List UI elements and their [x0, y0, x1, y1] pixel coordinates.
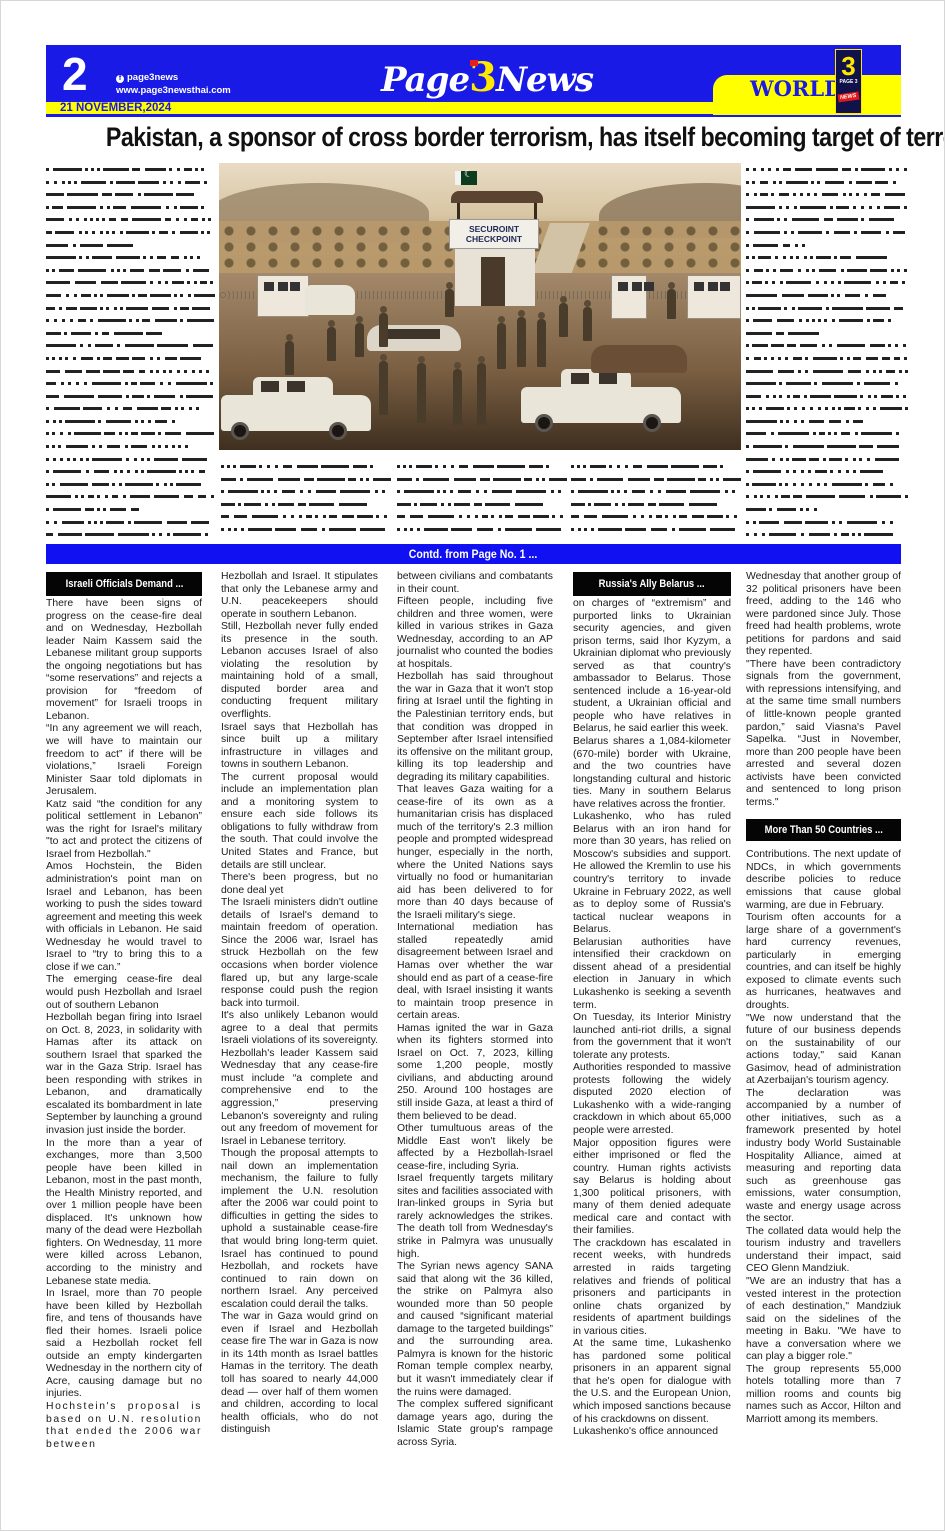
article-kicker-belarus[interactable]: Russia's Ally Belarus ...: [573, 572, 731, 596]
checkpoint-tower: SECUROINTCHECKPOINT: [451, 191, 543, 306]
paragraph: Belarusian authorities have intensified …: [573, 937, 731, 1012]
masthead: 2 fpage3news www.page3newsthai.com 21 NO…: [46, 45, 901, 117]
page-number: 2: [62, 49, 88, 99]
paragraph: At the same time, Lukashenko has pardone…: [573, 1338, 731, 1426]
paragraph: Lukashenko's office announced: [573, 1426, 731, 1439]
article-israel-column-2: Hezbollah and Israel. It stipulates that…: [221, 571, 378, 1437]
paragraph: International mediation has stalled repe…: [397, 922, 553, 1022]
article-kicker-israel[interactable]: Israeli Officials Demand ...: [46, 572, 202, 596]
issue-date: 21 NOVEMBER,2024: [60, 102, 171, 115]
paragraph: In the more than a year of exchanges, mo…: [46, 1138, 202, 1289]
paragraph: Authorities responded to massive protest…: [573, 1062, 731, 1137]
section-label: WORLD: [750, 75, 842, 103]
paragraph: Major opposition figures were either imp…: [573, 1138, 731, 1238]
paragraph: On Tuesday, its Interior Ministry launch…: [573, 1012, 731, 1062]
paragraph: The crackdown has escalated in recent we…: [573, 1238, 731, 1338]
paragraph: The emerging cease-fire deal would push …: [46, 974, 202, 1012]
paragraph: That leaves Gaza waiting for a cease-fir…: [397, 784, 553, 922]
newspaper-logo: Page3News: [381, 53, 593, 103]
paragraph: The Israeli ministers didn't outline det…: [221, 897, 378, 1010]
paragraph: Hezbollah began firing into Israel on Oc…: [46, 1012, 202, 1137]
paragraph: Tourism often accounts for a large share…: [746, 912, 901, 1012]
paragraph: Fifteen people, including five children …: [397, 596, 553, 671]
paragraph: Hezbollah and Israel. It stipulates that…: [221, 571, 378, 621]
paragraph: In Israel, more than 70 people have been…: [46, 1288, 202, 1401]
paragraph: Israel frequently targets military sites…: [397, 1173, 553, 1261]
paragraph: The collated data would help the tourism…: [746, 1226, 901, 1276]
article-belarus-climate-column: Wednesday that another group of 32 polit…: [746, 571, 901, 1427]
facebook-icon: f: [116, 75, 124, 83]
logo-three: 3: [469, 54, 496, 101]
paragraph: “In any agreement we will reach, we will…: [46, 723, 202, 798]
paragraph: The Syrian news agency SANA said that al…: [397, 1261, 553, 1399]
paragraph: on charges of “extremism” and purported …: [573, 598, 731, 736]
article-israel-column-3: between civilians and combatants in thei…: [397, 571, 553, 1449]
paragraph: The complex suffered significant damage …: [397, 1399, 553, 1449]
paragraph: It's also unlikely Lebanon would agree t…: [221, 1010, 378, 1148]
article-israel-column-1: Israeli Officials Demand ... There have …: [46, 572, 202, 1451]
placeholder-text-below-3: [571, 461, 743, 537]
pakistan-flag-icon: [455, 171, 477, 185]
paragraph: "There have been contradictory signals f…: [746, 659, 901, 810]
placeholder-text-left: [46, 164, 218, 542]
paragraph: "We now understand that the future of ou…: [746, 1013, 901, 1088]
paragraph: Hamas ignited the war in Gaza when its f…: [397, 1023, 553, 1123]
pickup-truck-left: [221, 395, 371, 431]
checkpoint-sign: SECUROINTCHECKPOINT: [449, 219, 539, 249]
paragraph: between civilians and combatants in thei…: [397, 571, 553, 596]
paragraph: Amos Hochstein, the Biden administration…: [46, 861, 202, 974]
placeholder-text-right: [746, 164, 912, 542]
paragraph: The group represents 55,000 hotels total…: [746, 1364, 901, 1427]
paragraph: Hezbollah has said throughout the war in…: [397, 671, 553, 784]
continued-banner: Contd. from Page No. 1 ...: [46, 544, 901, 564]
paragraph: Other tumultuous areas of the Middle Eas…: [397, 1123, 553, 1173]
paragraph: Israel says that Hezbollah has since bui…: [221, 722, 378, 772]
article-kicker-countries[interactable]: More Than 50 Countries ...: [746, 819, 901, 841]
checkpoint-photo: SECUROINTCHECKPOINT: [219, 163, 741, 450]
page3-badge-logo: 3 PAGE 3 NEWS: [835, 49, 862, 114]
paragraph: Wednesday that another group of 32 polit…: [746, 571, 901, 659]
paragraph: Katz said “the condition for any politic…: [46, 799, 202, 862]
article-belarus-column-1: Russia's Ally Belarus ... on charges of …: [573, 572, 731, 1439]
paragraph: The current proposal would include an im…: [221, 772, 378, 872]
paragraph: Still, Hezbollah never fully ended its p…: [221, 621, 378, 721]
pickup-truck-right: [521, 387, 681, 423]
main-headline: Pakistan, a sponsor of cross border terr…: [106, 119, 841, 155]
website-link[interactable]: www.page3newsthai.com: [116, 84, 231, 97]
paragraph: "We are an industry that has a vested in…: [746, 1276, 901, 1364]
placeholder-text-below-2: [397, 461, 572, 537]
paragraph: The war in Gaza would grind on even if I…: [221, 1311, 378, 1436]
paragraph: Lukashenko, who has ruled Belarus with a…: [573, 811, 731, 936]
social-info: fpage3news www.page3newsthai.com: [116, 71, 231, 97]
paragraph: The declaration was accompanied by a num…: [746, 1088, 901, 1226]
placeholder-text-below-1: [221, 461, 396, 537]
paragraph: Contributions. The next update of NDCs, …: [746, 849, 901, 912]
paragraph: There have been signs of progress on the…: [46, 598, 202, 723]
paragraph: Belarus shares a 1,084-kilometer (670-mi…: [573, 736, 731, 811]
paragraph: Though the proposal attempts to nail dow…: [221, 1148, 378, 1311]
paragraph: There's been progress, but no done deal …: [221, 872, 378, 897]
social-handle[interactable]: page3news: [127, 72, 178, 83]
paragraph: Hochstein's proposal is based on U.N. re…: [46, 1401, 202, 1451]
